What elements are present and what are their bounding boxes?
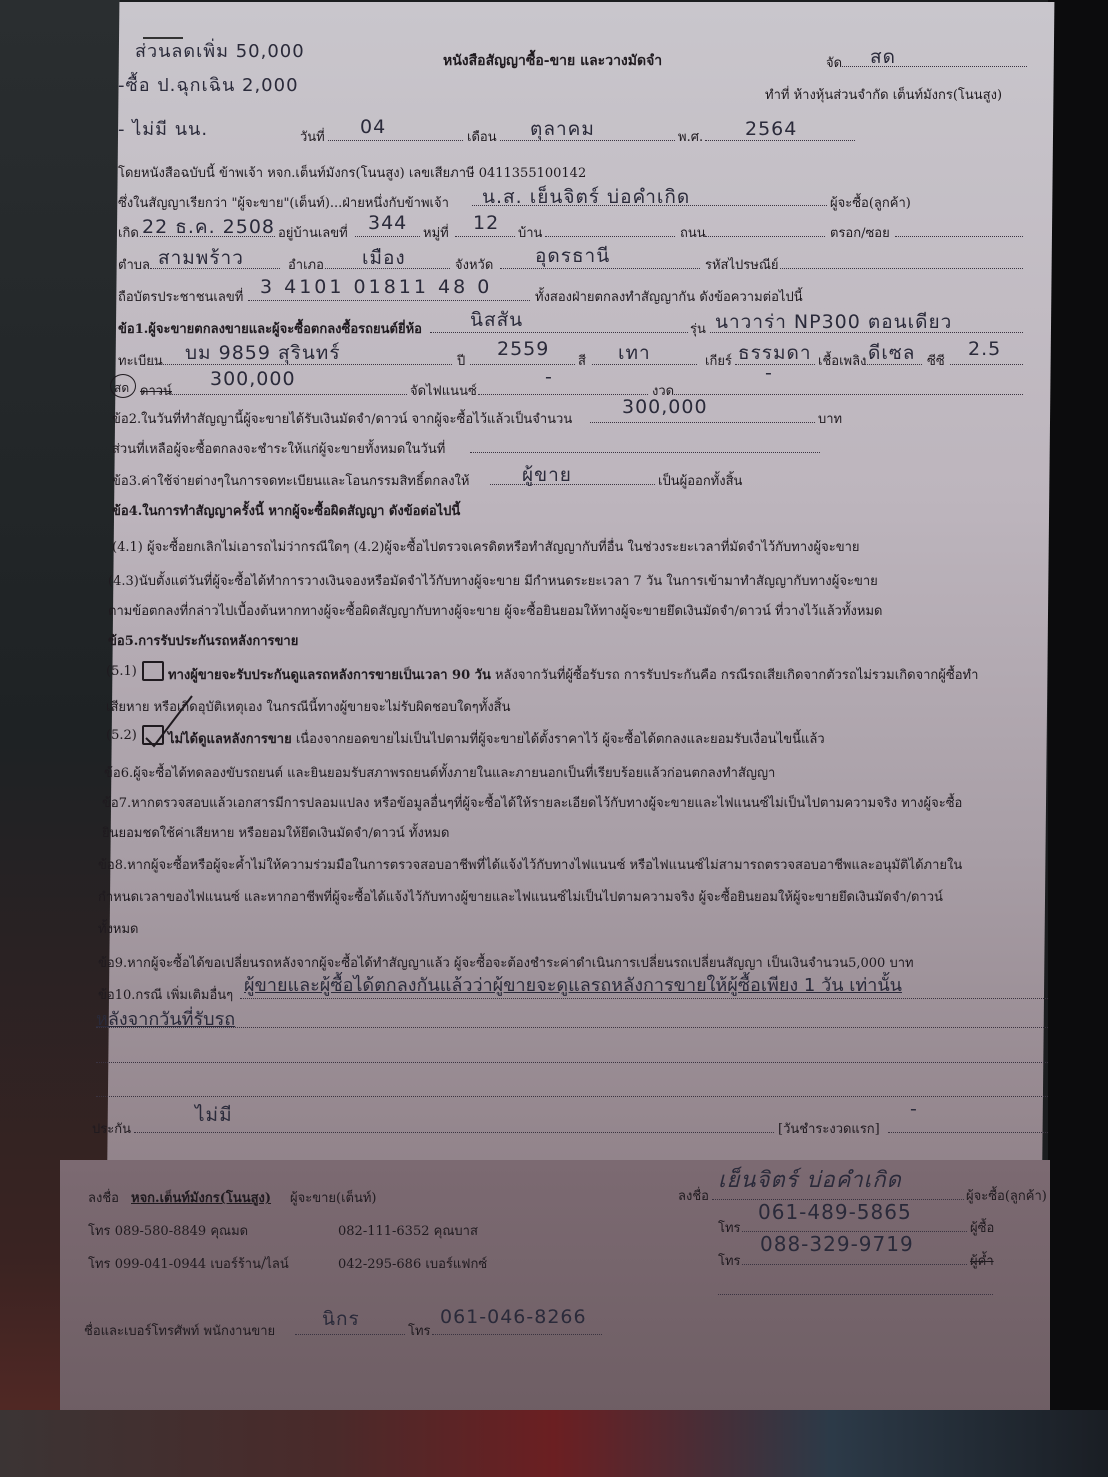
background-right <box>1048 0 1108 1477</box>
guarantee-line <box>134 1132 774 1133</box>
car-fuel: ดีเซล <box>868 338 915 368</box>
down-value: 300,000 <box>210 368 296 390</box>
village-label: บ้าน <box>518 222 542 243</box>
finance-value: - <box>545 366 553 388</box>
salesperson-label: ชื่อและเบอร์โทรศัพท์ พนักงานขาย <box>84 1320 275 1341</box>
subdistrict-value: สามพร้าว <box>158 243 244 273</box>
background-bottom <box>0 1410 1108 1477</box>
buyer-label: ผู้จะซื้อ(ลูกค้า) <box>830 192 911 213</box>
margin-note-2: -ซื้อ ป.ฉุกเฉิน 2,000 <box>118 70 299 99</box>
down-line <box>172 394 407 395</box>
salesperson-phone-line <box>432 1334 602 1335</box>
moo-label: หมู่ที่ <box>423 222 449 243</box>
finance-line <box>478 394 648 395</box>
clause2-unit: บาท <box>818 408 842 429</box>
buyer-name: น.ส. เย็นจิตร์ บ่อคำเกิด <box>482 182 690 212</box>
id-line <box>248 300 530 301</box>
buyer-role: ผู้จะซื้อ(ลูกค้า) <box>966 1185 1047 1206</box>
month-label: เดือน <box>467 126 497 147</box>
salesperson-phone-label: โทร <box>408 1320 431 1341</box>
buyer-phone1-role: ผู้ซื้อ <box>970 1217 994 1238</box>
reg-label: ทะเบียน <box>118 350 163 371</box>
moo-value: 12 <box>473 212 499 234</box>
seller-clause: ซึ่งในสัญญาเรียกว่า "ผู้จะขาย"(เต็นท์)..… <box>118 192 449 213</box>
buyer-phone-1: 061-489-5865 <box>758 1200 912 1224</box>
car-cc: 2.5 <box>968 338 1001 360</box>
finance-label: จัดไฟแนนซ์ <box>410 380 477 401</box>
car-year-line <box>470 364 575 365</box>
salesperson-phone: 061-046-8266 <box>440 1306 587 1328</box>
buyer-sign-label: ลงชื่อ <box>678 1185 709 1206</box>
phone-contact: คุณบาส <box>434 1224 478 1239</box>
option1-text: หลังจากวันที่ผู้ซื้อรับรถ การรับประกันคื… <box>491 668 979 683</box>
province-label: จังหวัด <box>455 254 493 275</box>
first-payment-line <box>888 1132 1048 1133</box>
car-brand: นิสสัน <box>470 305 523 335</box>
clause6: ข้อ6.ผู้จะซื้อได้ทดลองขับรถยนต์ และยินยอ… <box>104 762 775 783</box>
clause3-payer-line <box>490 484 655 485</box>
clause10-line-2 <box>96 1027 1048 1028</box>
option2-bold: ไม่ได้ดูแลหลังการขาย <box>168 732 292 747</box>
seller-sign-label: ลงชื่อ <box>88 1187 119 1208</box>
buyer-signature: เย็นจิตร์ บ่อคำเกิด <box>718 1162 902 1197</box>
clause2-amount-line <box>590 422 815 423</box>
installment-line <box>672 394 1023 395</box>
phone-contact: เบอร์ร้าน/ไลน์ <box>210 1257 288 1272</box>
first-payment-value: - <box>910 1098 918 1120</box>
road-label: ถนน <box>680 222 706 243</box>
seller-role: ผู้จะขาย(เต็นท์) <box>290 1187 377 1208</box>
id-value: 3 4101 01811 48 0 <box>260 276 492 298</box>
fuel-label: เชื้อเพลิง <box>818 350 866 371</box>
jad-value: สด <box>870 42 896 72</box>
clause2-amount: 300,000 <box>622 396 708 418</box>
clause7-line-1: ข้อ7.หากตรวจสอบแล้วเอกสารมีการปลอมแปลง ห… <box>102 792 962 813</box>
model-label: รุ่น <box>690 318 706 339</box>
salesperson-name-line <box>295 1334 405 1335</box>
clause5-heading: ข้อ5.การรับประกันรถหลังการขาย <box>108 630 298 651</box>
year-value: 2564 <box>745 118 797 140</box>
clause4-heading: ข้อ4.ในการทำสัญญาครั้งนี้ หากผู้จะซื้อผิ… <box>112 500 460 521</box>
car-model: นาวาร่า NP300 ตอนเดียว <box>715 307 952 337</box>
salesperson-name: นิกร <box>322 1304 360 1334</box>
alley-line <box>895 236 1023 237</box>
option2-label: (5.2) <box>106 728 137 743</box>
car-color: เทา <box>618 338 651 368</box>
month-value: ตุลาคม <box>530 114 595 144</box>
cash-label: สด <box>114 379 129 398</box>
clause10-label: ข้อ10.กรณี เพิ่มเติมอื่นๆ <box>98 984 233 1005</box>
date-label: วันที่ <box>300 126 325 147</box>
clause10-line-4 <box>96 1096 1048 1097</box>
subdistrict-label: ตำบล <box>118 254 150 275</box>
phone-contact: คุณมด <box>210 1224 248 1239</box>
option2-text: เนื่องจากยอดขายไม่เป็นไปตามที่ผู้จะขายได… <box>292 732 825 747</box>
house-no-value: 344 <box>368 212 407 234</box>
clause10-handwritten-2: หลังจากวันที่รับรถ <box>96 1004 235 1033</box>
phone-number: 042-295-686 <box>338 1257 421 1272</box>
cc-line <box>950 364 1023 365</box>
clause10-line-3 <box>96 1062 1048 1063</box>
buyer-phone2-line <box>742 1264 967 1265</box>
year-label: พ.ศ. <box>678 126 703 147</box>
clause3-payer: ผู้ขาย <box>522 460 572 490</box>
document-title: หนังสือสัญญาซื้อ-ขาย และวางมัดจำ <box>443 50 662 72</box>
remaining-line <box>470 452 820 453</box>
phone-contact: เบอร์แฟกซ์ <box>425 1257 487 1272</box>
buyer-phone-2: 088-329-9719 <box>760 1232 914 1256</box>
clause4-line-3: ตามข้อตกลงที่กล่าวไปเบื้องต้นหากทางผู้จะ… <box>108 600 882 621</box>
car-year: 2559 <box>497 338 549 360</box>
seller-phone-3: โทร 099-041-0944 เบอร์ร้าน/ไลน์ <box>88 1253 289 1274</box>
clause4-line-2: (4.3)นับตั้งแต่วันที่ผู้จะซื้อได้ทำการวา… <box>108 570 878 591</box>
clause3-suffix: เป็นผู้ออกทั้งสิ้น <box>658 470 742 491</box>
road-line <box>705 236 825 237</box>
option1-checkbox[interactable] <box>142 661 164 681</box>
remaining-text: ส่วนที่เหลือผู้จะซื้อตกลงจะชำระให้แก่ผู้… <box>112 438 445 459</box>
born-label: เกิด <box>118 222 139 243</box>
seller-phone-2: 082-111-6352 คุณบาส <box>338 1220 478 1241</box>
clause10-handwritten-1: ผู้ขายและผู้ซื้อได้ตกลงกันแล้วว่าผู้ขายจ… <box>244 970 902 999</box>
option1-label: (5.1) <box>106 664 137 679</box>
clause8-line-1: ข้อ8.หากผู้จะซื้อหรือผู้จะค้ำไม่ให้ความร… <box>98 854 962 875</box>
first-payment-label: [วันชำระงวดแรก] <box>778 1118 880 1139</box>
house-no-line <box>355 236 420 237</box>
buyer-extra-line <box>718 1294 993 1295</box>
year-line <box>705 140 855 141</box>
guarantee-value: ไม่มี <box>195 1100 233 1130</box>
phone-prefix: โทร <box>88 1257 111 1272</box>
clause4-line-1: (4.1) ผู้จะซื้อยกเลิกไม่เอารถไม่ว่ากรณีใ… <box>112 536 860 557</box>
clause8-line-2: กำหนดเวลาของไฟแนนซ์ และหากอาชีพที่ผู้จะซ… <box>98 886 943 907</box>
born-value: 22 ธ.ค. 2508 <box>142 212 275 242</box>
brand-line <box>430 332 688 333</box>
installment-value: - <box>765 362 773 384</box>
intro-text: โดยหนังสือฉบับนี้ ข้าพเจ้า หจก.เต็นท์มัง… <box>118 162 586 183</box>
seller-phone-4: 042-295-686 เบอร์แฟกซ์ <box>338 1253 487 1274</box>
moo-line <box>455 236 515 237</box>
phone-number: 089-580-8849 <box>115 1224 207 1239</box>
color-label: สี <box>578 350 586 371</box>
clause7-line-2: ยินยอมชดใช้ค่าเสียหาย หรือยอมให้ยึดเงินม… <box>102 822 449 843</box>
id-label: ถือบัตรประชาชนเลขที่ <box>118 286 243 307</box>
car-registration: บม 9859 สุรินทร์ <box>185 338 341 368</box>
made-at: ทำที่ ห้างหุ้นส่วนจำกัด เต็นท์มังกร(โนนส… <box>765 84 1002 105</box>
village-line <box>545 236 675 237</box>
province-value: อุดรธานี <box>535 241 610 271</box>
buyer-phone1-label: โทร <box>718 1217 741 1238</box>
agree-text: ทั้งสองฝ่ายตกลงทำสัญญากัน ดังข้อความต่อไ… <box>535 286 803 307</box>
date-line <box>328 140 463 141</box>
district-label: อำเภอ <box>288 254 324 275</box>
clause3-text: ข้อ3.ค่าใช้จ่ายต่างๆในการจดทะเบียนและโอน… <box>112 470 469 491</box>
phone-number: 082-111-6352 <box>338 1224 430 1239</box>
house-no-label: อยู่บ้านเลขที่ <box>278 222 348 243</box>
postcode-label: รหัสไปรษณีย์ <box>705 254 779 275</box>
phone-prefix: โทร <box>88 1224 111 1239</box>
clause8-line-3: ทั้งหมด <box>98 918 139 939</box>
buyer-phone2-role: ผู้ค้ำ <box>970 1250 994 1271</box>
down-label: ดาวน์ <box>140 380 172 401</box>
clause2-text: ข้อ2.ในวันที่ทำสัญญานี้ผู้จะขายได้รับเงิ… <box>112 408 572 429</box>
car-gear: ธรรมดา <box>738 338 812 368</box>
option1-bold: ทางผู้ขายจะรับประกันดูแลรถหลังการขายเป็น… <box>168 668 491 683</box>
date-value: 04 <box>360 116 386 138</box>
district-value: เมือง <box>362 243 406 273</box>
jad-label: จัด <box>826 52 842 73</box>
phone-number: 099-041-0944 <box>115 1257 207 1272</box>
seller-name: หจก.เต็นท์มังกร(โนนสูง) <box>131 1187 271 1208</box>
margin-note-3: - ไม่มี นน. <box>118 114 208 143</box>
gear-label: เกียร์ <box>705 350 732 371</box>
margin-note-1: ส่วนลดเพิ่ม 50,000 <box>135 36 305 65</box>
clause1-text: ข้อ1.ผู้จะขายตกลงขายและผู้จะซื้อตกลงซื้อ… <box>118 318 422 339</box>
seller-phone-1: โทร 089-580-8849 คุณมด <box>88 1220 248 1241</box>
car-year-label: ปี <box>457 350 465 371</box>
alley-label: ตรอก/ซอย <box>830 222 890 243</box>
buyer-phone2-label: โทร <box>718 1250 741 1271</box>
postcode-line <box>780 268 1023 269</box>
cc-label: ซีซี <box>927 350 945 371</box>
guarantee-label: ประกัน <box>92 1118 131 1139</box>
